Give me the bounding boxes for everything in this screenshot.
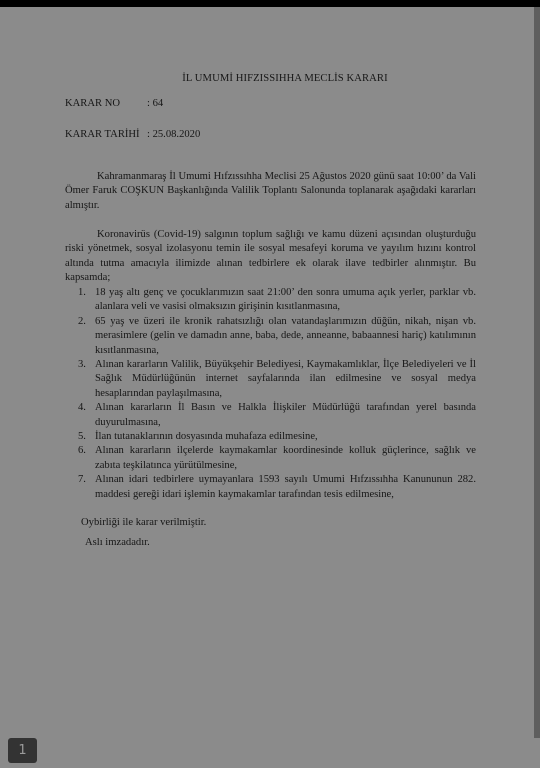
decision-item-text: Alınan idari tedbirlere uymayanlara 1593… bbox=[95, 474, 476, 499]
decision-item-text: 65 yaş ve üzeri ile kronik rahatsızlığı … bbox=[95, 316, 476, 356]
decision-item-text: Alınan kararların ilçelerde kaymakamlar … bbox=[95, 445, 476, 470]
document-page: İL UMUMİ HIFZISSIHHA MECLİS KARARI KARAR… bbox=[0, 7, 534, 768]
decision-item-number: 4. bbox=[78, 401, 86, 415]
decision-item-number: 3. bbox=[78, 358, 86, 372]
decision-date-label: KARAR TARİHİ bbox=[65, 128, 147, 142]
decision-item-number: 2. bbox=[78, 315, 86, 329]
decision-item: 2.65 yaş ve üzeri ile kronik rahatsızlığ… bbox=[65, 315, 476, 358]
decision-item: 3.Alınan kararların Valilik, Büyükşehir … bbox=[65, 358, 476, 401]
decision-item: 1.18 yaş altı genç ve çocuklarımızın saa… bbox=[65, 286, 476, 315]
decision-number-value: : 64 bbox=[147, 97, 163, 111]
decision-item-text: Alınan kararların Valilik, Büyükşehir Be… bbox=[95, 359, 476, 399]
decision-item-text: İlan tutanaklarının dosyasında muhafaza … bbox=[95, 431, 318, 442]
decision-item: 4.Alınan kararların İl Basın ve Halkla İ… bbox=[65, 401, 476, 430]
unanimity-statement: Oybirliği ile karar verilmiştir. bbox=[81, 516, 206, 530]
decision-item-number: 1. bbox=[78, 286, 86, 300]
decision-item-number: 6. bbox=[78, 444, 86, 458]
decision-number-row: KARAR NO: 64 bbox=[65, 97, 163, 111]
context-paragraph: Koronavirüs (Covid-19) salgının toplum s… bbox=[65, 228, 476, 286]
viewer-top-bar bbox=[0, 0, 540, 7]
decision-number-label: KARAR NO bbox=[65, 97, 147, 111]
decision-item-number: 5. bbox=[78, 430, 86, 444]
vertical-scrollbar[interactable] bbox=[534, 7, 540, 738]
decision-item: 5.İlan tutanaklarının dosyasında muhafaz… bbox=[65, 430, 476, 444]
decision-date-value: : 25.08.2020 bbox=[147, 128, 200, 142]
signature-note: Aslı imzadadır. bbox=[85, 536, 150, 550]
document-title: İL UMUMİ HIFZISSIHHA MECLİS KARARI bbox=[165, 72, 405, 86]
decision-item: 7.Alınan idari tedbirlere uymayanlara 15… bbox=[65, 473, 476, 502]
decision-list: 1.18 yaş altı genç ve çocuklarımızın saa… bbox=[65, 286, 476, 502]
decision-item-text: 18 yaş altı genç ve çocuklarımızın saat … bbox=[95, 287, 476, 312]
decision-item-number: 7. bbox=[78, 473, 86, 487]
decision-item: 6.Alınan kararların ilçelerde kaymakamla… bbox=[65, 444, 476, 473]
decision-item-text: Alınan kararların İl Basın ve Halkla İli… bbox=[95, 402, 476, 427]
intro-paragraph: Kahramanmaraş İl Umumi Hıfzıssıhha Mecli… bbox=[65, 170, 476, 213]
page-number-indicator[interactable]: 1 bbox=[8, 738, 37, 763]
decision-date-row: KARAR TARİHİ: 25.08.2020 bbox=[65, 128, 200, 142]
